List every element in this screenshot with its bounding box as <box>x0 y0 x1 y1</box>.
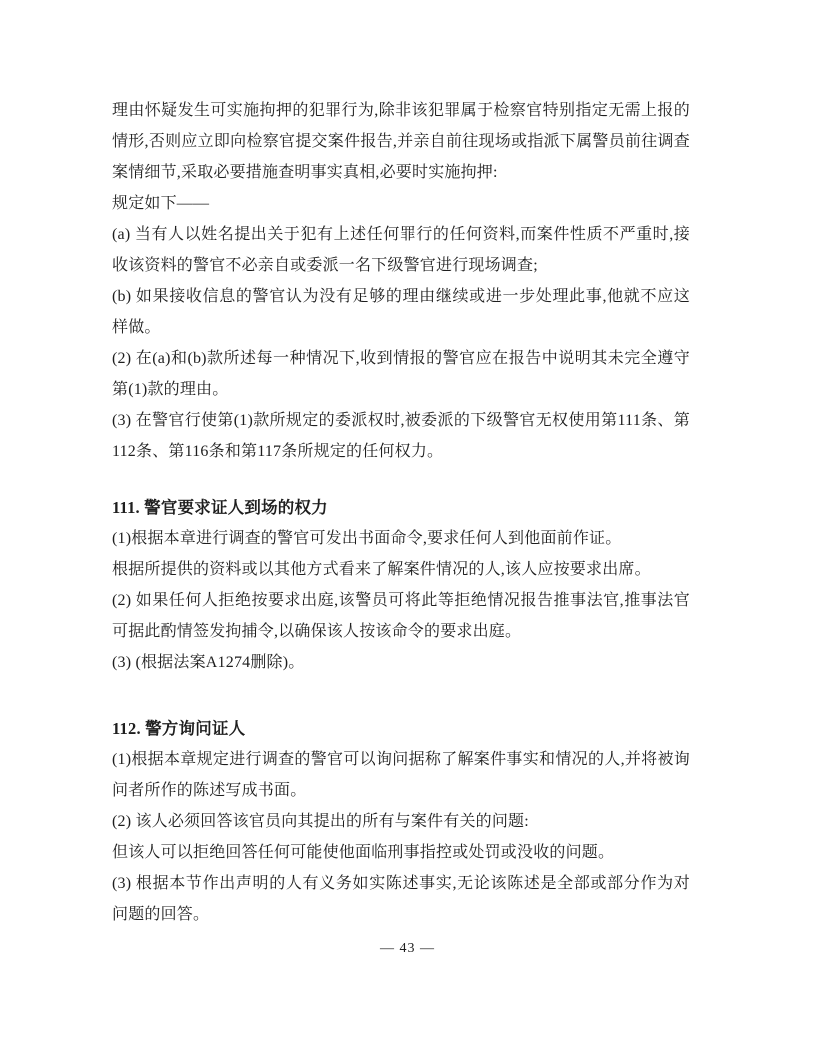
paragraph-clause-2: (2) 在(a)和(b)款所述每一种情况下,收到情报的警官应在报告中说明其未完全… <box>112 343 690 405</box>
page-number: — 43 — <box>0 941 815 957</box>
paragraph-112-1: (1)根据本章规定进行调查的警官可以询问据称了解案件事实和情况的人,并将被询问者… <box>112 744 690 806</box>
page-content: 理由怀疑发生可实施拘押的犯罪行为,除非该犯罪属于检察官特别指定无需上报的情形,否… <box>112 95 690 930</box>
document-page: 理由怀疑发生可实施拘押的犯罪行为,除非该犯罪属于检察官特别指定无需上报的情形,否… <box>0 0 815 1055</box>
paragraph-112-3: (3) 根据本节作出声明的人有义务如实陈述事实,无论该陈述是全部或部分作为对问题… <box>112 868 690 930</box>
section-heading-111: 111. 警官要求证人到场的权力 <box>112 492 690 523</box>
paragraph-111-3: (3) (根据法案A1274删除)。 <box>112 647 690 678</box>
paragraph-111-1: (1)根据本章进行调查的警官可发出书面命令,要求任何人到他面前作证。 <box>112 523 690 554</box>
paragraph-provision-intro: 规定如下—— <box>112 188 690 219</box>
paragraph-111-2: (2) 如果任何人拒绝按要求出庭,该警员可将此等拒绝情况报告推事法官,推事法官可… <box>112 585 690 647</box>
paragraph-clause-3: (3) 在警官行使第(1)款所规定的委派权时,被委派的下级警官无权使用第111条… <box>112 405 690 467</box>
paragraph-112-2b: 但该人可以拒绝回答任何可能使他面临刑事指控或处罚或没收的问题。 <box>112 837 690 868</box>
paragraph-clause-b: (b) 如果接收信息的警官认为没有足够的理由继续或进一步处理此事,他就不应这样做… <box>112 281 690 343</box>
paragraph-continuation: 理由怀疑发生可实施拘押的犯罪行为,除非该犯罪属于检察官特别指定无需上报的情形,否… <box>112 95 690 188</box>
paragraph-clause-a: (a) 当有人以姓名提出关于犯有上述任何罪行的任何资料,而案件性质不严重时,接收… <box>112 219 690 281</box>
section-heading-112: 112. 警方询问证人 <box>112 713 690 744</box>
paragraph-112-2: (2) 该人必须回答该官员向其提出的所有与案件有关的问题: <box>112 806 690 837</box>
paragraph-111-1b: 根据所提供的资料或以其他方式看来了解案件情况的人,该人应按要求出席。 <box>112 554 690 585</box>
